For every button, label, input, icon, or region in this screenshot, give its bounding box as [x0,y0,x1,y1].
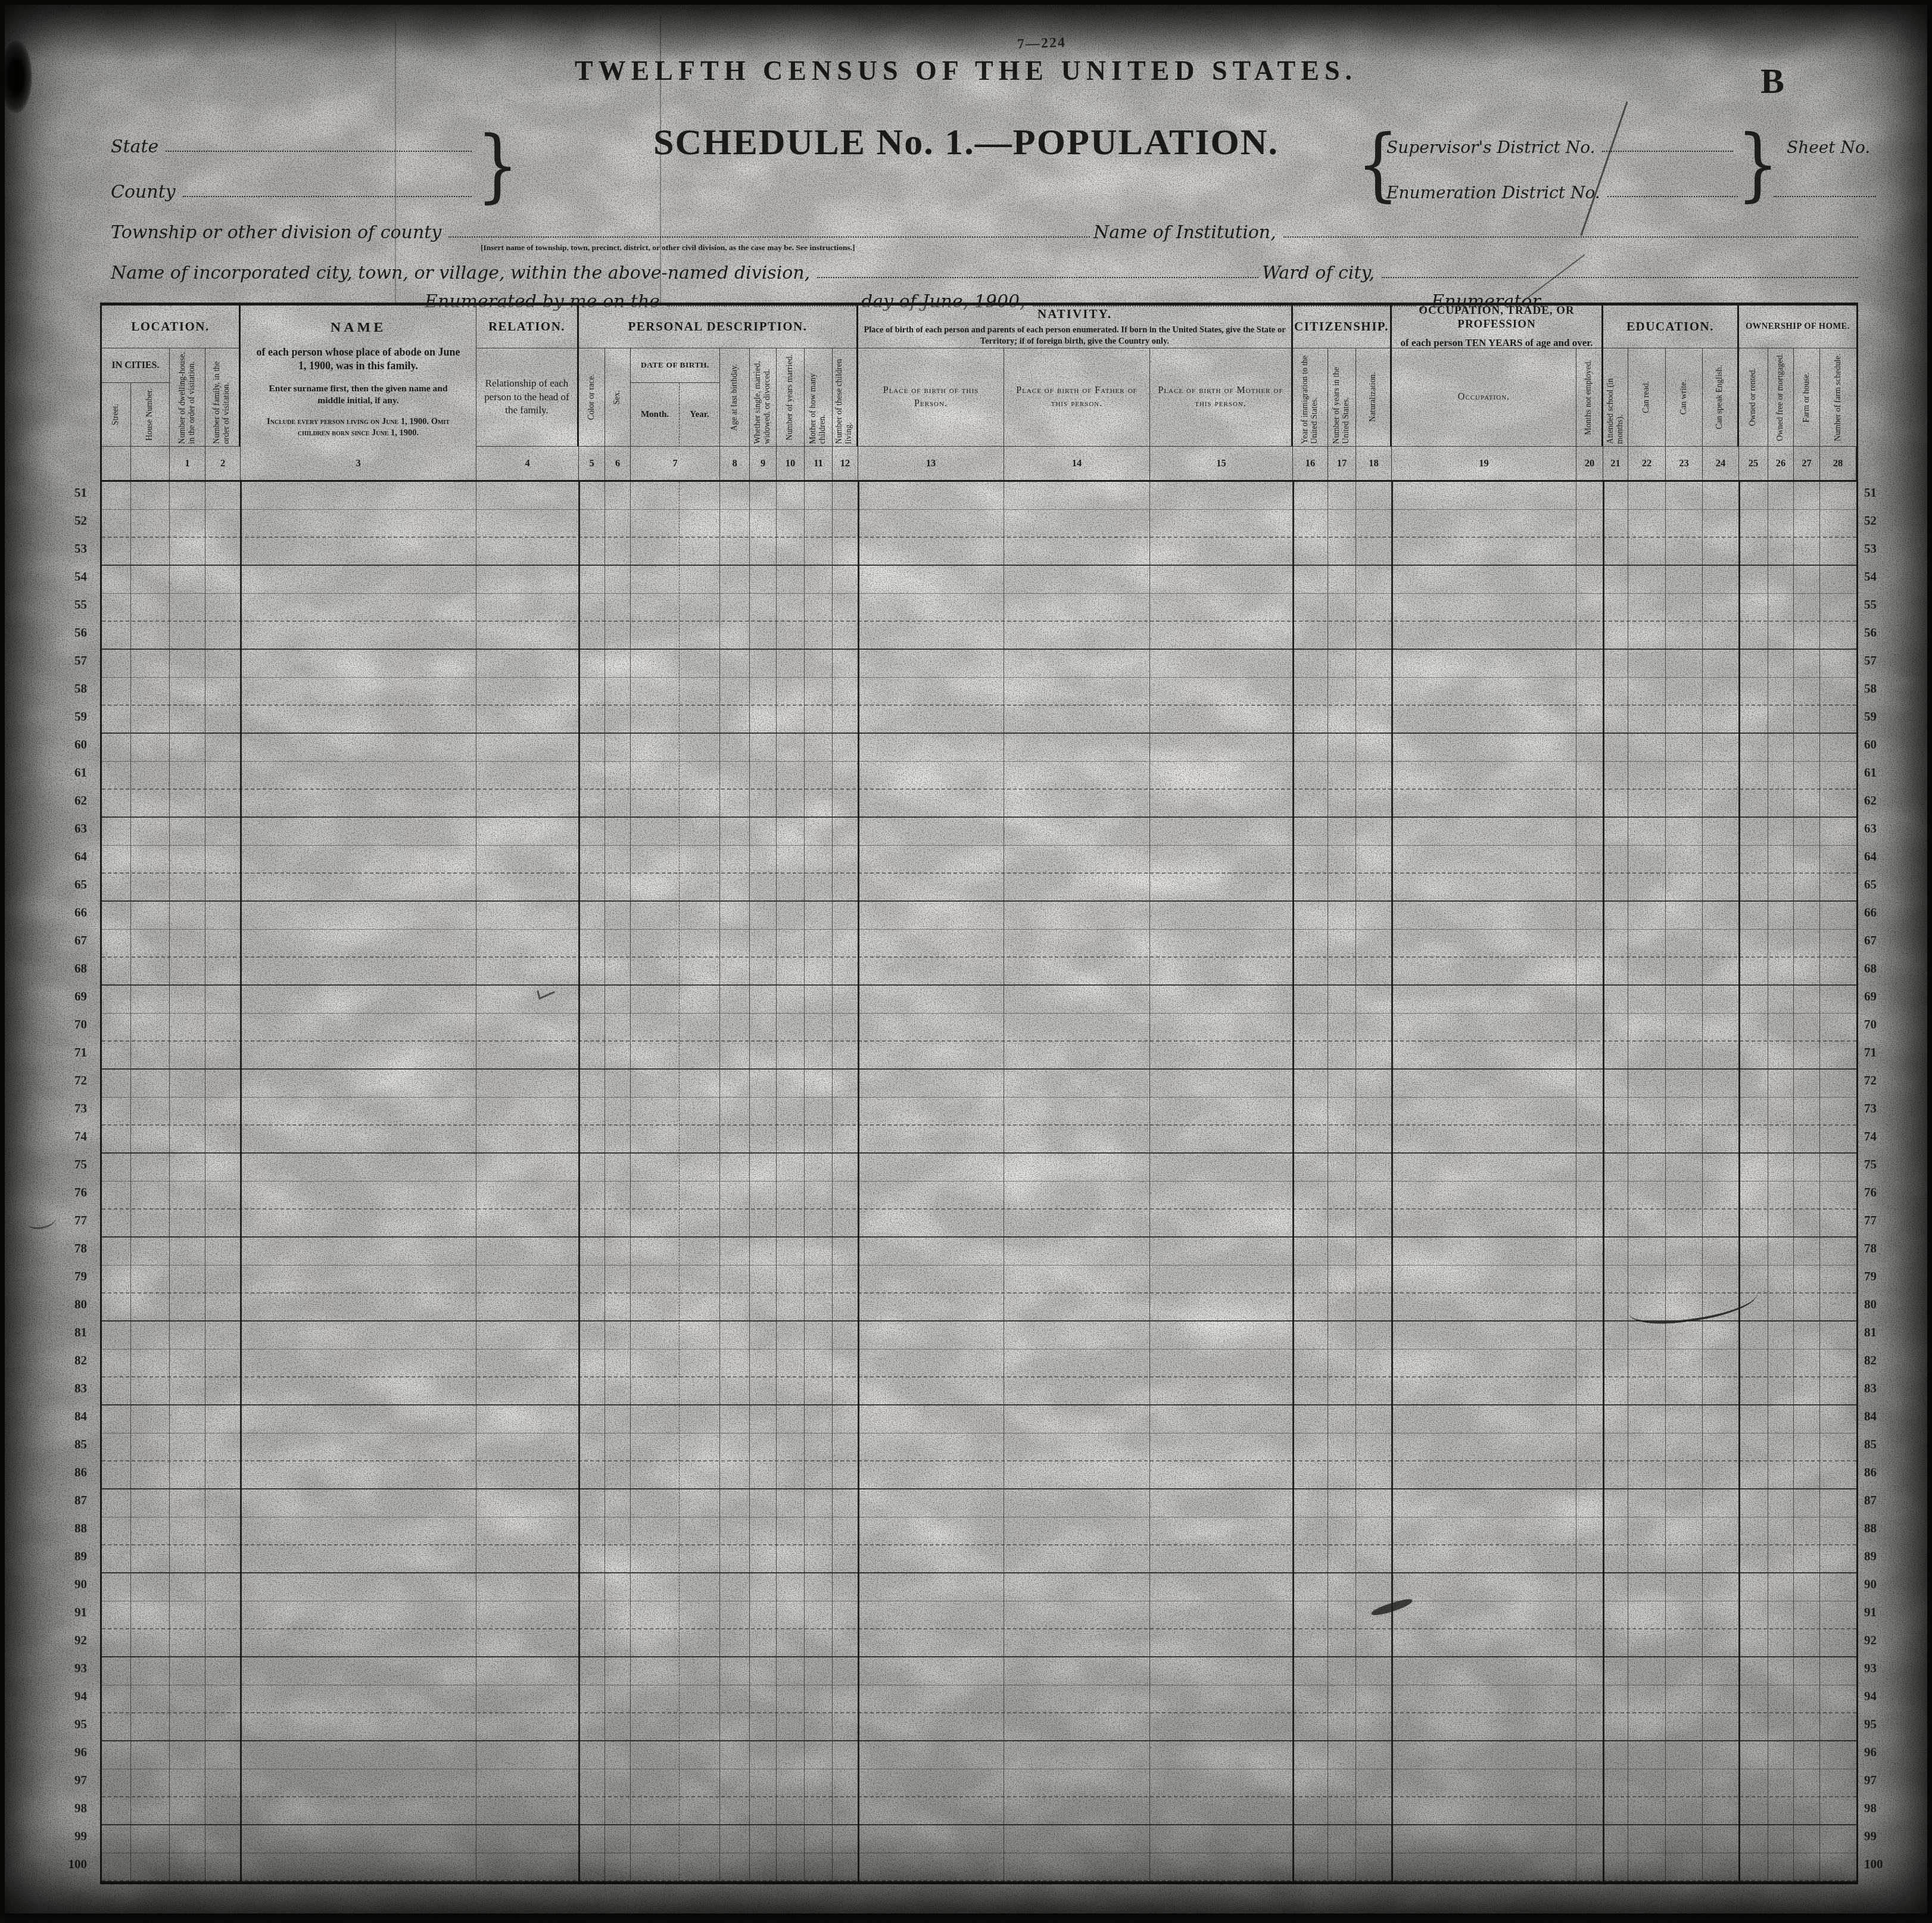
table-row [102,1294,1856,1322]
column-line [1328,482,1328,1881]
section-relation: RELATION. [476,306,579,348]
column-line [776,482,777,1881]
table-row [102,902,1856,930]
column-header-months-not-employed: Months not employed. [1576,348,1603,447]
row-number: 59 [55,703,87,731]
table-row [102,1601,1856,1629]
row-number: 70 [1864,1011,1895,1039]
row-number: 90 [55,1570,87,1598]
column-line [1702,482,1703,1881]
column-number: 3 [241,447,476,480]
row-number: 81 [55,1319,87,1347]
column-header-immigration-year: Year of immigration to the United States… [1293,348,1328,447]
section-nativity: NATIVITY. Place of birth of each person … [858,306,1293,348]
column-line [476,482,476,1881]
column-number: 16 [1293,447,1328,480]
column-line [240,482,242,1881]
section-location: LOCATION. [102,306,241,348]
row-number: 94 [55,1682,87,1710]
table-row [102,1853,1856,1881]
table-row [102,790,1856,818]
institution-blank [1283,236,1858,238]
column-number: 19 [1392,447,1576,480]
row-number: 97 [55,1766,87,1794]
table-row [102,1182,1856,1210]
row-number: 64 [1864,843,1895,871]
row-number: 78 [55,1235,87,1263]
row-number: 51 [1864,479,1895,507]
row-number: 61 [1864,759,1895,787]
column-header-naturalization: Naturalization. [1356,348,1392,447]
name-desc-3: Include every person living on June 1, 1… [255,416,462,439]
row-number: 73 [1864,1095,1895,1123]
row-number: 66 [1864,899,1895,927]
table-row [102,510,1856,538]
occupation-title: OCCUPATION, TRADE, OR PROFESSION [1395,306,1598,331]
column-number: 27 [1794,447,1820,480]
column-number: 10 [777,447,805,480]
row-number: 95 [55,1710,87,1738]
column-line [832,482,833,1881]
row-number: 92 [55,1626,87,1654]
supervisors-district-line: Supervisor's District No. [1386,127,1737,157]
row-number: 86 [55,1458,87,1486]
column-number: 14 [1004,447,1150,480]
row-number: 93 [1864,1654,1895,1682]
sheet-side-letter: B [1760,61,1785,102]
column-line [804,482,805,1881]
row-number: 82 [55,1347,87,1375]
table-row [102,622,1856,650]
column-header-birthplace-person: Place of birth of this Person. [858,348,1004,447]
incorporated-city-line: Name of incorporated city, town, or vill… [111,254,1862,283]
row-number: 72 [55,1067,87,1095]
occupation-subtitle: of each person TEN YEARS of age and over… [1401,337,1593,348]
row-number: 98 [1864,1794,1895,1822]
row-number: 66 [55,899,87,927]
column-line [630,482,631,1881]
column-header-occupation: Occupation. [1392,348,1576,447]
table-row [102,566,1856,594]
township-label: Township or other division of county [111,224,441,243]
column-line [679,482,680,1881]
row-number: 65 [55,871,87,899]
county-label: County [111,183,176,202]
row-number: 80 [1864,1291,1895,1319]
row-number: 79 [1864,1263,1895,1291]
row-number: 57 [1864,647,1895,675]
row-number: 87 [55,1486,87,1514]
section-ownership: OWNERSHIP OF HOME. [1739,306,1856,348]
column-header-owned-rented: Owned or rented. [1739,348,1768,447]
column-line [1819,482,1820,1881]
table-row [102,538,1856,566]
township-instruction-note: [Insert name of township, town, precinct… [481,243,855,253]
row-number: 58 [55,675,87,703]
subsection-in-cities: IN CITIES. [102,348,170,383]
row-number: 88 [1864,1514,1895,1542]
table-row [102,1070,1856,1098]
column-number: 13 [858,447,1004,480]
table-row [102,1098,1856,1126]
column-number: 15 [1150,447,1293,480]
row-number: 54 [1864,563,1895,591]
institution-label: Name of Institution, [1093,224,1276,243]
row-number: 65 [1864,871,1895,899]
column-number: 11 [805,447,833,480]
row-number: 67 [1864,927,1895,955]
row-number: 92 [1864,1626,1895,1654]
table-row [102,1713,1856,1741]
row-number: 100 [55,1850,87,1878]
row-number: 68 [1864,955,1895,983]
column-header-birthplace-father: Place of birth of Father of this person. [1004,348,1150,447]
name-title: NAME [331,320,386,336]
table-row [102,1377,1856,1405]
table-row [102,1489,1856,1517]
county-line: County [111,173,475,202]
column-line [749,482,750,1881]
table-row [102,1573,1856,1601]
row-number: 96 [55,1738,87,1766]
row-number: 51 [55,479,87,507]
table-row [102,1545,1856,1573]
table-body [102,482,1856,1881]
table-row [102,1433,1856,1461]
row-number: 77 [55,1207,87,1235]
row-number: 90 [1864,1570,1895,1598]
column-header-birth-year: Year. [680,383,720,447]
column-header-can-write: Can write. [1666,348,1703,447]
row-number: 64 [55,843,87,871]
table-row [102,594,1856,622]
row-number: 91 [1864,1598,1895,1626]
row-number: 91 [55,1598,87,1626]
table-row [102,1405,1856,1433]
section-name: NAME of each person whose place of abode… [241,306,476,447]
row-number: 85 [1864,1430,1895,1458]
row-number: 98 [55,1794,87,1822]
row-number: 52 [1864,507,1895,535]
row-number: 87 [1864,1486,1895,1514]
column-number: 7 [631,447,720,480]
table-row [102,874,1856,902]
row-number: 62 [55,787,87,815]
row-number: 56 [55,619,87,647]
table-row [102,482,1856,510]
table-row [102,1685,1856,1713]
column-line [719,482,720,1881]
row-number: 53 [55,535,87,563]
column-header-children-living: Number of these children living. [833,348,858,447]
row-number: 54 [55,563,87,591]
sheet-no-label: Sheet No. [1787,139,1870,157]
state-line: State [111,127,475,157]
column-header-birthplace-mother: Place of birth of Mother of this person. [1150,348,1293,447]
section-citizenship: CITIZENSHIP. [1293,306,1392,348]
table-row [102,958,1856,986]
row-number: 99 [1864,1822,1895,1850]
row-number: 75 [1864,1151,1895,1179]
row-number: 84 [55,1402,87,1430]
incorporated-city-label: Name of incorporated city, town, or vill… [111,264,810,283]
table-row [102,1154,1856,1182]
table-row [102,1517,1856,1545]
enumeration-district-blank [1607,196,1738,197]
column-number: 12 [833,447,858,480]
column-header-farm-schedule-number: Number of farm schedule. [1820,348,1856,447]
row-number: 67 [55,927,87,955]
row-numbers-right: 5152535455565758596061626364656667686970… [1864,479,1895,1878]
row-number: 58 [1864,675,1895,703]
column-line [1292,482,1294,1881]
column-header-years-in-us: Number of years in the United States. [1328,348,1356,447]
column-line [1793,482,1794,1881]
township-line: Township or other division of county [In… [111,213,1862,243]
table-row [102,1349,1856,1377]
township-blank: [Insert name of township, town, precinct… [448,236,1090,238]
row-number: 62 [1864,787,1895,815]
row-number: 79 [55,1263,87,1291]
scan-edge-speckle [5,5,1927,61]
row-number: 63 [1864,815,1895,843]
section-education: EDUCATION. [1603,306,1739,348]
row-number: 63 [55,815,87,843]
column-header-house-number: House Number. [131,383,170,447]
column-header-relationship: Relationship of each person to the head … [476,348,579,447]
column-header-birth-month: Month. [631,383,680,447]
row-number: 96 [1864,1738,1895,1766]
section-occupation: OCCUPATION, TRADE, OR PROFESSION of each… [1392,306,1603,348]
column-number: 6 [605,447,631,480]
table-row [102,706,1856,734]
table-header: LOCATION. IN CITIES. Street. House Numbe… [102,306,1856,482]
table-row [102,986,1856,1014]
column-header-years-married: Number of years married. [777,348,805,447]
row-number: 85 [55,1430,87,1458]
table-row [102,678,1856,706]
table-row [102,1797,1856,1825]
table-row [102,818,1856,846]
column-number: 23 [1666,447,1703,480]
row-number: 94 [1864,1682,1895,1710]
county-blank-line [183,196,472,197]
nativity-title: NATIVITY. [1037,307,1112,322]
table-row [102,1657,1856,1685]
column-number: 22 [1628,447,1666,480]
row-numbers-left: 5152535455565758596061626364656667686970… [55,479,94,1878]
column-number: 8 [720,447,750,480]
row-number: 93 [55,1654,87,1682]
table-row [102,734,1856,762]
column-number: 18 [1356,447,1392,480]
row-number: 99 [55,1822,87,1850]
row-number: 86 [1864,1458,1895,1486]
row-number: 83 [55,1375,87,1402]
column-line [205,482,205,1881]
row-number: 52 [55,507,87,535]
column-line [858,482,859,1881]
column-header-owned-free-mortgaged: Owned free or mortgaged. [1768,348,1794,447]
table-row [102,1461,1856,1489]
row-number: 83 [1864,1375,1895,1402]
name-desc-1: of each person whose place of abode on J… [255,345,462,373]
row-number: 74 [1864,1123,1895,1151]
row-number: 95 [1864,1710,1895,1738]
row-number: 76 [55,1179,87,1207]
row-number: 69 [1864,983,1895,1011]
column-line [1149,482,1150,1881]
column-number [131,447,170,480]
table-row [102,846,1856,874]
incorporated-city-blank [817,277,1258,278]
row-number: 78 [1864,1235,1895,1263]
sheet-no-line: Sheet No. [1787,127,1906,157]
column-number [102,447,131,480]
row-number: 88 [55,1514,87,1542]
state-county-brace: } [476,116,519,214]
column-number: 21 [1603,447,1628,480]
row-number: 100 [1864,1850,1895,1878]
enumeration-district-line: Enumeration District No. [1386,173,1741,202]
ward-label: Ward of city, [1262,264,1375,283]
table-row [102,930,1856,958]
column-line [604,482,605,1881]
column-header-farm-or-house: Farm or house. [1794,348,1820,447]
row-number: 76 [1864,1179,1895,1207]
row-number: 81 [1864,1319,1895,1347]
census-title: TWELFTH CENSUS OF THE UNITED STATES. [5,55,1927,86]
column-number: 20 [1576,447,1603,480]
column-number: 25 [1739,447,1768,480]
column-line [169,482,170,1881]
table-row [102,1769,1856,1797]
table-row [102,1825,1856,1853]
row-number: 89 [55,1542,87,1570]
column-header-age: Age at last birthday. [720,348,750,447]
row-number: 73 [55,1095,87,1123]
column-number: 17 [1328,447,1356,480]
row-number: 57 [55,647,87,675]
table-row [102,762,1856,790]
table-row [102,1322,1856,1349]
column-line [578,482,580,1881]
row-number: 68 [55,955,87,983]
column-header-color-race: Color or race. [579,348,605,447]
row-number: 59 [1864,703,1895,731]
column-line [130,482,131,1881]
table-row [102,1741,1856,1769]
state-label: State [111,138,158,157]
column-line [1391,482,1393,1881]
row-number: 70 [55,1011,87,1039]
column-header-mother-of-children: Mother of how many children. [805,348,833,447]
column-line [1576,482,1576,1881]
column-line [1355,482,1356,1881]
row-number: 72 [1864,1067,1895,1095]
table-row [102,1210,1856,1238]
column-header-dwelling-number: Number of dwelling-house, in the order o… [170,348,205,447]
margin-squiggle [26,1211,57,1231]
form-number: 7—224 [1017,35,1067,53]
column-line [1628,482,1628,1881]
table-row [102,650,1856,678]
row-number: 80 [55,1291,87,1319]
table-row [102,1042,1856,1070]
table-row [102,1014,1856,1042]
column-number: 26 [1768,447,1794,480]
column-header-can-read: Can read. [1628,348,1666,447]
column-number: 1 [170,447,205,480]
census-table: LOCATION. IN CITIES. Street. House Numbe… [100,303,1858,1884]
column-header-attended-school: Attended school (in months). [1603,348,1628,447]
row-number: 82 [1864,1347,1895,1375]
column-header-marital-status: Whether single, married, widowed, or div… [750,348,777,447]
row-number: 53 [1864,535,1895,563]
column-line [1603,482,1604,1881]
column-header-street: Street. [102,383,131,447]
row-number: 61 [55,759,87,787]
column-number: 2 [205,447,241,480]
column-number: 4 [476,447,579,480]
column-number: 5 [579,447,605,480]
supervisors-district-label: Supervisor's District No. [1386,139,1595,157]
enumeration-district-label: Enumeration District No. [1386,185,1600,202]
ward-blank [1382,277,1858,278]
column-number: 28 [1820,447,1856,480]
column-line [1738,482,1740,1881]
census-sheet: 7—224 TWELFTH CENSUS OF THE UNITED STATE… [0,0,1932,1918]
state-blank-line [166,151,472,152]
name-desc-2: Enter surname first, then the given name… [255,383,462,407]
table-row [102,1126,1856,1154]
nativity-note: Place of birth of each person and parent… [862,325,1288,346]
table-row [102,1238,1856,1266]
column-number: 9 [750,447,777,480]
row-number: 55 [55,591,87,619]
row-number: 71 [55,1039,87,1067]
section-personal-description: PERSONAL DESCRIPTION. [579,306,858,348]
row-number: 97 [1864,1766,1895,1794]
row-number: 84 [1864,1402,1895,1430]
row-number: 77 [1864,1207,1895,1235]
column-number: 24 [1703,447,1739,480]
table-row [102,1629,1856,1657]
sheet-no-blank-line [1766,173,1880,202]
column-line [1665,482,1666,1881]
column-header-sex: Sex. [605,348,631,447]
row-number: 60 [1864,731,1895,759]
column-header-family-number: Number of family, in the order of visita… [205,348,241,447]
column-line [1768,482,1768,1881]
row-number: 74 [55,1123,87,1151]
row-number: 60 [55,731,87,759]
table-row [102,1266,1856,1294]
row-number: 75 [55,1151,87,1179]
column-line [1004,482,1004,1881]
supervisors-district-blank [1602,151,1733,152]
subsection-date-of-birth: DATE OF BIRTH. [631,348,720,383]
sheet-no-blank [1774,196,1876,197]
column-header-can-speak-english: Can speak English. [1703,348,1739,447]
row-number: 56 [1864,619,1895,647]
row-number: 71 [1864,1039,1895,1067]
row-number: 69 [55,983,87,1011]
row-number: 89 [1864,1542,1895,1570]
row-number: 55 [1864,591,1895,619]
